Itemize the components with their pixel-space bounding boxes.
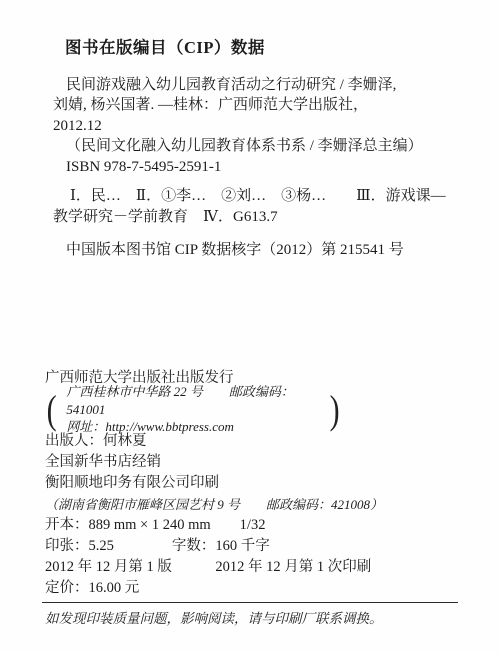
edition-printing-line: 2012 年 12 月第 1 版 2012 年 12 月第 1 次印刷 (45, 557, 500, 578)
cip-heading: 图书在版编目（CIP）数据 (65, 38, 470, 59)
left-paren-glyph: ( (47, 390, 57, 430)
distribution-line: 全国新华书店经销 (45, 452, 500, 473)
publisher-address-block: ( 广西桂林市中华路 22 号 邮政编码：541001 网址：http://ww… (45, 390, 500, 430)
cip-data-section: 图书在版编目（CIP）数据 民间游戏融入幼儿园教育活动之行动研究 / 李姗泽, … (0, 0, 500, 261)
colophon-section: 广西师范大学出版社出版发行 ( 广西桂林市中华路 22 号 邮政编码：54100… (45, 368, 500, 628)
cip-series-note: （民间文化融入幼儿园教育体系书系 / 李姗泽总主编） (53, 136, 470, 157)
right-paren-glyph: ) (330, 390, 340, 430)
price-line: 定价：16.00 元 (45, 578, 500, 599)
cip-record-number: 中国版本图书馆 CIP 数据核字（2012）第 215541 号 (53, 240, 470, 261)
cip-classification-line-2: 教学研究－学前教育 Ⅳ．G613.7 (53, 207, 470, 228)
publisher-address-line: 广西桂林市中华路 22 号 邮政编码：541001 (66, 383, 328, 418)
printer-address-line: （湖南省衡阳市雁峰区园艺村 9 号 邮政编码：421008） (45, 494, 500, 515)
sheets-wordcount-line: 印张：5.25 字数：160 千字 (45, 536, 500, 557)
cip-record-line-1: 民间游戏融入幼儿园教育活动之行动研究 / 李姗泽, (53, 75, 470, 96)
copyright-page: 图书在版编目（CIP）数据 民间游戏融入幼儿园教育活动之行动研究 / 李姗泽, … (0, 0, 500, 653)
isbn-line: ISBN 978-7-5495-2591-1 (53, 157, 470, 178)
quality-note-line: 如发现印装质量问题，影响阅读，请与印刷厂联系调换。 (45, 610, 500, 628)
cip-record-line-2: 刘婧, 杨兴国著. —桂林：广西师范大学出版社， (53, 95, 470, 116)
cip-classification-line-1: Ⅰ．民… Ⅱ．①李… ②刘… ③杨… Ⅲ．游戏课— (53, 186, 470, 207)
printer-line: 衡阳顺地印务有限公司印刷 (45, 473, 500, 494)
cip-record-line-3: 2012.12 (53, 116, 470, 137)
publisher-address-content: 广西桂林市中华路 22 号 邮政编码：541001 网址：http://www.… (66, 383, 328, 436)
format-line: 开本：889 mm × 1 240 mm 1/32 (45, 515, 500, 536)
divider-line (42, 602, 458, 603)
